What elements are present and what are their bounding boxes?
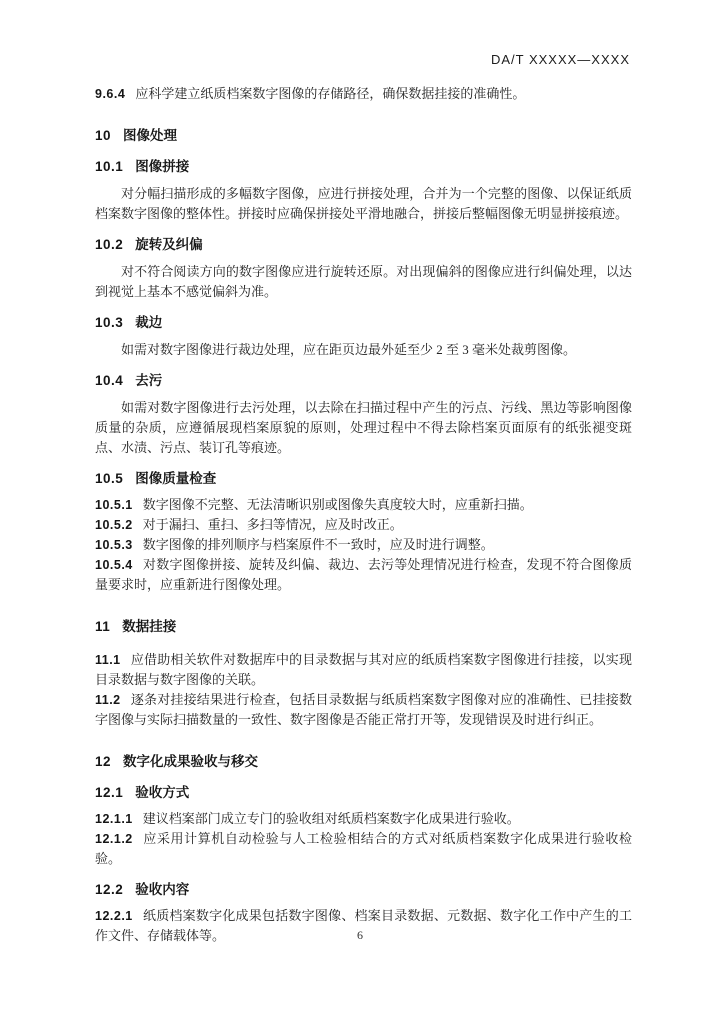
clause-number: 12.2.1 (95, 909, 133, 923)
subsection-number: 12.1 (95, 785, 123, 800)
chapter-heading: 11数据挂接 (95, 617, 632, 637)
subsection-heading: 10.1图像拼接 (95, 157, 632, 177)
clause-number: 10.5.4 (95, 558, 133, 572)
subsection-title: 裁边 (135, 315, 162, 330)
paragraph: 对不符合阅读方向的数字图像应进行旋转还原。对出现偏斜的图像应进行纠偏处理，以达到… (95, 262, 632, 302)
subsection-heading: 10.3裁边 (95, 313, 632, 333)
clause-number: 12.1.2 (95, 832, 133, 846)
paragraph-text: 如需对数字图像进行裁边处理，应在距页边最外延至少 2 至 3 毫米处裁剪图像。 (121, 342, 576, 357)
clause: 10.5.1数字图像不完整、无法清晰识别或图像失真度较大时，应重新扫描。 (95, 495, 632, 515)
clause-text: 应科学建立纸质档案数字图像的存储路径，确保数据挂接的准确性。 (135, 86, 525, 101)
subsection-title: 图像质量检查 (135, 471, 216, 486)
clause-text: 应借助相关软件对数据库中的目录数据与其对应的纸质档案数字图像进行挂接，以实现目录… (95, 652, 632, 687)
paragraph-text: 如需对数字图像进行去污处理，以去除在扫描过程中产生的污点、污线、黑边等影响图像质… (95, 400, 632, 455)
subsection-title: 旋转及纠偏 (135, 237, 203, 252)
clause: 12.1.1建议档案部门成立专门的验收组对纸质档案数字化成果进行验收。 (95, 809, 632, 829)
chapter-number: 11 (95, 619, 110, 634)
clause-text: 建议档案部门成立专门的验收组对纸质档案数字化成果进行验收。 (143, 811, 520, 826)
clause: 12.1.2应采用计算机自动检验与人工检验相结合的方式对纸质档案数字化成果进行验… (95, 829, 632, 869)
subsection-title: 验收内容 (135, 882, 189, 897)
paragraph: 如需对数字图像进行去污处理，以去除在扫描过程中产生的污点、污线、黑边等影响图像质… (95, 398, 632, 458)
standard-number-header: DA/T XXXXX—XXXX (491, 52, 630, 67)
clause-number: 10.5.2 (95, 518, 133, 532)
subsection-number: 12.2 (95, 882, 123, 897)
clause: 9.6.4应科学建立纸质档案数字图像的存储路径，确保数据挂接的准确性。 (95, 84, 632, 104)
subsection-heading: 10.5图像质量检查 (95, 469, 632, 489)
subsection-number: 10.3 (95, 315, 123, 330)
paragraph-text: 对不符合阅读方向的数字图像应进行旋转还原。对出现偏斜的图像应进行纠偏处理，以达到… (95, 264, 632, 299)
document-body: 9.6.4应科学建立纸质档案数字图像的存储路径，确保数据挂接的准确性。10图像处… (95, 84, 632, 946)
chapter-number: 10 (95, 128, 111, 143)
subsection-heading: 10.2旋转及纠偏 (95, 235, 632, 255)
clause-number: 11.1 (95, 653, 121, 667)
clause-text: 应采用计算机自动检验与人工检验相结合的方式对纸质档案数字化成果进行验收检验。 (95, 831, 632, 866)
clause-number: 10.5.3 (95, 538, 133, 552)
paragraph: 对分幅扫描形成的多幅数字图像，应进行拼接处理，合并为一个完整的图像、以保证纸质档… (95, 184, 632, 224)
clause-number: 10.5.1 (95, 498, 133, 512)
clause: 10.5.4对数字图像拼接、旋转及纠偏、裁边、去污等处理情况进行检查，发现不符合… (95, 555, 632, 595)
clause: 11.2逐条对挂接结果进行检查，包括目录数据与纸质档案数字图像对应的准确性、已挂… (95, 690, 632, 730)
clause: 11.1应借助相关软件对数据库中的目录数据与其对应的纸质档案数字图像进行挂接，以… (95, 650, 632, 690)
clause-number: 9.6.4 (95, 87, 125, 101)
chapter-title: 图像处理 (123, 128, 177, 143)
subsection-heading: 12.2验收内容 (95, 880, 632, 900)
chapter-title: 数字化成果验收与移交 (123, 754, 258, 769)
subsection-number: 10.4 (95, 373, 123, 388)
chapter-title: 数据挂接 (122, 619, 176, 634)
clause-text: 对数字图像拼接、旋转及纠偏、裁边、去污等处理情况进行检查，发现不符合图像质量要求… (95, 557, 632, 592)
page-number: 6 (0, 928, 720, 943)
clause-number: 11.2 (95, 693, 121, 707)
subsection-title: 验收方式 (135, 785, 189, 800)
paragraph-text: 对分幅扫描形成的多幅数字图像，应进行拼接处理，合并为一个完整的图像、以保证纸质档… (95, 186, 632, 221)
paragraph: 如需对数字图像进行裁边处理，应在距页边最外延至少 2 至 3 毫米处裁剪图像。 (95, 340, 632, 360)
chapter-number: 12 (95, 754, 111, 769)
chapter-heading: 10图像处理 (95, 126, 632, 146)
clause-text: 对于漏扫、重扫、多扫等情况，应及时改正。 (143, 517, 403, 532)
clause-text: 数字图像的排列顺序与档案原件不一致时，应及时进行调整。 (143, 537, 494, 552)
subsection-number: 10.2 (95, 237, 123, 252)
clause: 10.5.3数字图像的排列顺序与档案原件不一致时，应及时进行调整。 (95, 535, 632, 555)
clause-number: 12.1.1 (95, 812, 133, 826)
subsection-title: 去污 (135, 373, 162, 388)
subsection-number: 10.1 (95, 159, 123, 174)
subsection-heading: 12.1验收方式 (95, 783, 632, 803)
chapter-heading: 12数字化成果验收与移交 (95, 752, 632, 772)
subsection-title: 图像拼接 (135, 159, 189, 174)
clause-text: 逐条对挂接结果进行检查，包括目录数据与纸质档案数字图像对应的准确性、已挂接数字图… (95, 692, 632, 727)
clause: 10.5.2对于漏扫、重扫、多扫等情况，应及时改正。 (95, 515, 632, 535)
document-page: DA/T XXXXX—XXXX 9.6.4应科学建立纸质档案数字图像的存储路径，… (0, 0, 720, 1019)
subsection-number: 10.5 (95, 471, 123, 486)
clause-text: 数字图像不完整、无法清晰识别或图像失真度较大时，应重新扫描。 (143, 497, 533, 512)
subsection-heading: 10.4去污 (95, 371, 632, 391)
